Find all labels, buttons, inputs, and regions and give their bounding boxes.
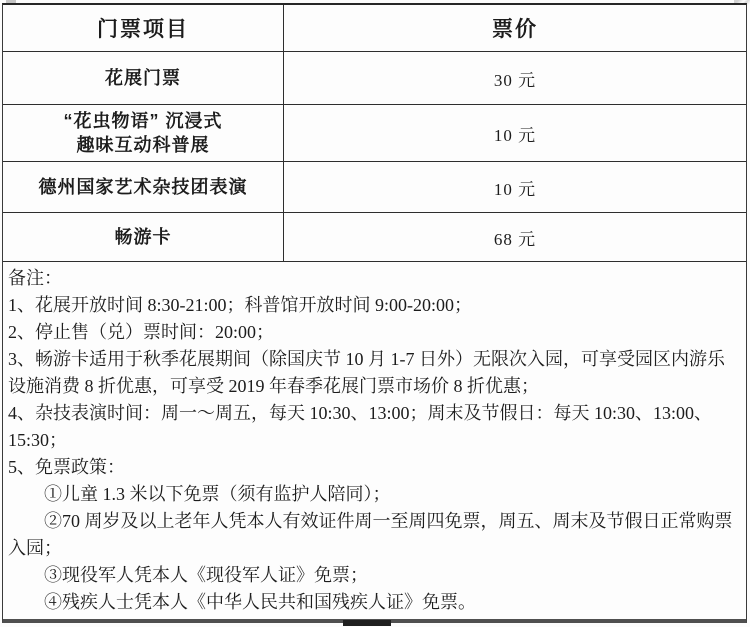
item-name: 畅游卡 <box>115 225 172 249</box>
price-cell: 10 元 <box>284 105 746 161</box>
price-value: 10 元 <box>494 175 536 200</box>
notes-title: 备注： <box>8 265 738 292</box>
price-value: 10 元 <box>494 121 536 146</box>
item-cell: 花展门票 <box>3 52 284 104</box>
page: 门票项目 票价 花展门票 30 元 “花虫物语” 沉浸式 趣味互动科普展 <box>0 0 750 627</box>
table-header-row: 门票项目 票价 <box>3 5 746 52</box>
note-subitem: ③现役军人凭本人《现役军人证》免票； <box>8 562 738 589</box>
note-item: 1、花展开放时间 8:30-21:00；科普馆开放时间 9:00-20:00； <box>8 292 738 319</box>
item-cell: “花虫物语” 沉浸式 趣味互动科普展 <box>3 105 284 161</box>
price-value: 68 元 <box>494 225 536 250</box>
header-cell-item: 门票项目 <box>3 5 284 51</box>
table-row: 花展门票 30 元 <box>3 52 746 105</box>
price-table: 门票项目 票价 花展门票 30 元 “花虫物语” 沉浸式 趣味互动科普展 <box>3 5 746 262</box>
item-cell: 畅游卡 <box>3 213 284 261</box>
item-cell: 德州国家艺术杂技团表演 <box>3 162 284 212</box>
note-item: 2、停止售（兑）票时间：20:00； <box>8 319 738 346</box>
item-name: “花虫物语” 沉浸式 趣味互动科普展 <box>63 109 222 157</box>
price-value: 30 元 <box>494 66 536 91</box>
note-item: 4、杂技表演时间：周一～周五，每天 10:30、13:00；周末及节假日：每天 … <box>8 400 738 454</box>
ticket-price-sheet: 门票项目 票价 花展门票 30 元 “花虫物语” 沉浸式 趣味互动科普展 <box>2 3 747 623</box>
header-item-label: 门票项目 <box>97 13 189 43</box>
item-name: 德州国家艺术杂技团表演 <box>39 175 248 199</box>
table-row: 德州国家艺术杂技团表演 10 元 <box>3 162 746 213</box>
table-row: 畅游卡 68 元 <box>3 213 746 262</box>
note-item: 3、畅游卡适用于秋季花展期间（除国庆节 10 月 1-7 日外）无限次入园，可享… <box>8 346 738 400</box>
item-name: 花展门票 <box>105 66 181 90</box>
header-price-label: 票价 <box>492 13 538 43</box>
price-cell: 10 元 <box>284 162 746 212</box>
note-item: 5、免票政策： <box>8 454 738 481</box>
note-subitem: ②70 周岁及以上老年人凭本人有效证件周一至周四免票，周五、周末及节假日正常购票… <box>8 508 738 562</box>
bottom-border-handle <box>343 620 391 626</box>
price-cell: 30 元 <box>284 52 746 104</box>
notes-section: 备注： 1、花展开放时间 8:30-21:00；科普馆开放时间 9:00-20:… <box>3 262 746 616</box>
table-row: “花虫物语” 沉浸式 趣味互动科普展 10 元 <box>3 105 746 162</box>
note-subitem: ④残疾人士凭本人《中华人民共和国残疾人证》免票。 <box>8 589 738 616</box>
note-subitem: ①儿童 1.3 米以下免票（须有监护人陪同）； <box>8 481 738 508</box>
header-cell-price: 票价 <box>284 5 746 51</box>
price-cell: 68 元 <box>284 213 746 261</box>
